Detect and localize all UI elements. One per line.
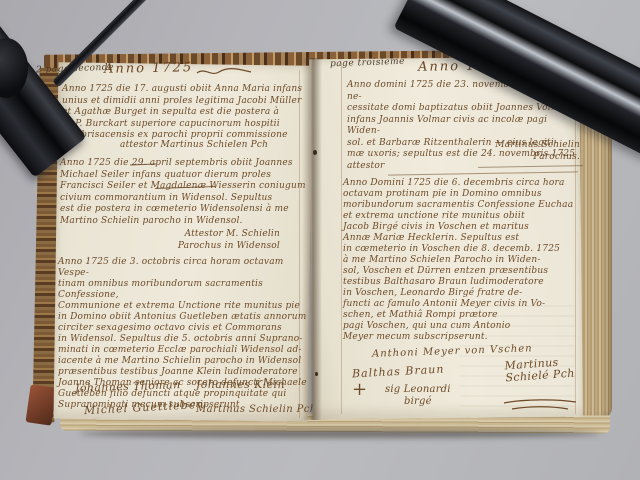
signature-martinus-schielin-left: Martinus Schielin Pch xyxy=(196,404,317,416)
signature-martinus-schiele-right: Martinus Schielé Pch xyxy=(504,356,575,384)
left-entry-1: Anno 1725 die 17. augusti obiit Anna Mar… xyxy=(62,84,306,142)
left-entry-2: Anno 1725 die 29. april septembris obiit… xyxy=(60,158,306,227)
left-page-header: Anno 1725 xyxy=(104,62,193,75)
header-flourish-left xyxy=(195,66,253,78)
ink-spot xyxy=(315,372,318,376)
signature-cross-mark: + xyxy=(352,384,367,396)
signature-flourish xyxy=(500,398,580,414)
left-entry-1-attest: attestor Martinus Schielen Pch xyxy=(120,140,268,152)
photo-background: 2 page seconde Anno 1725 Anno 1725 die 1… xyxy=(0,0,640,480)
binding-corner xyxy=(25,384,56,425)
right-entry-1-attest: Martinus Schielin Parochus. xyxy=(480,140,580,163)
signature-leonardi-birge: sig Leonardi birgé xyxy=(385,384,451,407)
ink-spot xyxy=(313,150,317,155)
right-entry-2: Anno Domini 1725 die 6. decembris circa … xyxy=(343,178,583,343)
signature-johannes-klein: Johannes Klein xyxy=(196,379,285,391)
book-gutter xyxy=(302,58,322,420)
left-entry-2-attest: Attestor M. Schielin Parochus in Widenso… xyxy=(150,229,280,252)
right-page-margin-line-left xyxy=(341,62,342,414)
book-shadow xyxy=(80,429,600,438)
